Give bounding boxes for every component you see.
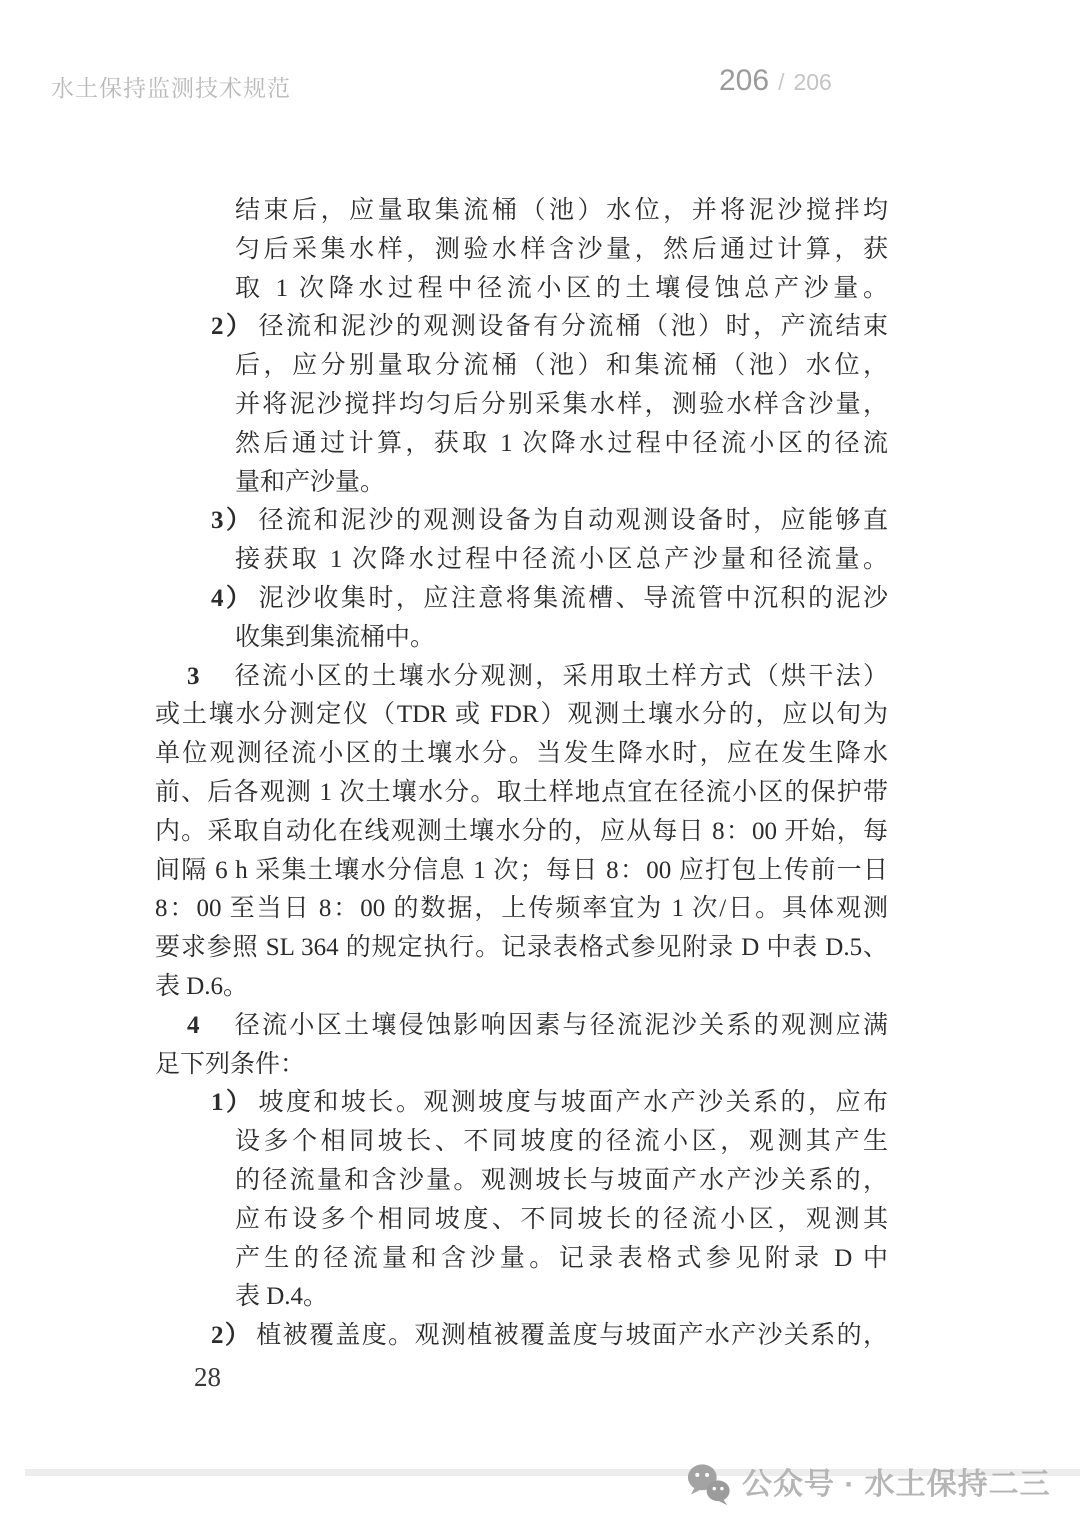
body-line: 接获取 1 次降水过程中径流小区总产沙量和径流量。: [235, 541, 888, 580]
body-line: 表 D.4。: [235, 1278, 888, 1317]
body-line: 表 D.6。: [155, 968, 888, 1007]
current-page-number: 206: [719, 64, 769, 98]
page-separator: /: [778, 69, 784, 96]
body-line: 的径流量和含沙量。观测坡长与坡面产水产沙关系的，: [235, 1162, 888, 1201]
body-line: 然后通过计算，获取 1 次降水过程中径流小区的径流: [235, 425, 888, 464]
document-body: 结束后，应量取集流桶（池）水位，并将泥沙搅拌均 匀后采集水样，测验水样含沙量，然…: [0, 192, 1080, 1356]
body-line-list-item: 1）坡度和坡长。观测坡度与坡面产水产沙关系的，应布: [211, 1084, 888, 1123]
header-page-indicator: 206 / 206: [719, 64, 832, 98]
body-line: 或土壤水分测定仪（TDR 或 FDR）观测土壤水分的，应以旬为: [155, 696, 888, 735]
body-line: 量和产沙量。: [235, 464, 888, 503]
body-line: 后，应分别量取分流桶（池）和集流桶（池）水位，: [235, 347, 888, 386]
body-line: 产生的径流量和含沙量。记录表格式参见附录 D 中: [235, 1240, 888, 1279]
body-line-section: 4径流小区土壤侵蚀影响因素与径流泥沙关系的观测应满: [187, 1007, 888, 1046]
body-line: 应布设多个相同坡度、不同坡长的径流小区，观测其: [235, 1201, 888, 1240]
wechat-icon: [686, 1462, 732, 1508]
header-doc-title: 水土保持监测技术规范: [51, 70, 291, 103]
body-line: 要求参照 SL 364 的规定执行。记录表格式参见附录 D 中表 D.5、: [155, 929, 888, 968]
total-page-count: 206: [793, 69, 831, 96]
body-line: 前、后各观测 1 次土壤水分。取土样地点宜在径流小区的保护带: [155, 774, 888, 813]
body-line: 间隔 6 h 采集土壤水分信息 1 次；每日 8：00 应打包上传前一日: [155, 852, 888, 891]
page-number: 28: [194, 1362, 221, 1393]
body-line-list-item: 2）径流和泥沙的观测设备有分流桶（池）时，产流结束: [211, 308, 888, 347]
body-line: 结束后，应量取集流桶（池）水位，并将泥沙搅拌均: [235, 192, 888, 231]
body-line: 并将泥沙搅拌均匀后分别采集水样，测验水样含沙量，: [235, 386, 888, 425]
body-line: 单位观测径流小区的土壤水分。当发生降水时，应在发生降水: [155, 735, 888, 774]
body-line: 设多个相同坡长、不同坡度的径流小区，观测其产生: [235, 1123, 888, 1162]
body-line: 足下列条件：: [155, 1046, 888, 1085]
body-line: 取 1 次降水过程中径流小区的土壤侵蚀总产沙量。: [235, 270, 888, 309]
footer-account-label: 公众号 · 水土保持二三: [742, 1462, 1051, 1508]
footer-watermark: 公众号 · 水土保持二三: [686, 1462, 1051, 1508]
body-line-list-item: 2）植被覆盖度。观测植被覆盖度与坡面产水产沙关系的，: [211, 1317, 888, 1356]
body-line-list-item: 4）泥沙收集时，应注意将集流槽、导流管中沉积的泥沙: [211, 580, 888, 619]
body-line: 8：00 至当日 8：00 的数据，上传频率宜为 1 次/日。具体观测: [155, 890, 888, 929]
body-line-list-item: 3）径流和泥沙的观测设备为自动观测设备时，应能够直: [211, 502, 888, 541]
body-line: 内。采取自动化在线观测土壤水分的，应从每日 8：00 开始，每: [155, 813, 888, 852]
body-line: 匀后采集水样，测验水样含沙量，然后通过计算，获: [235, 231, 888, 270]
body-line: 收集到集流桶中。: [235, 619, 888, 658]
body-line-section: 3径流小区的土壤水分观测，采用取土样方式（烘干法）: [187, 658, 888, 697]
